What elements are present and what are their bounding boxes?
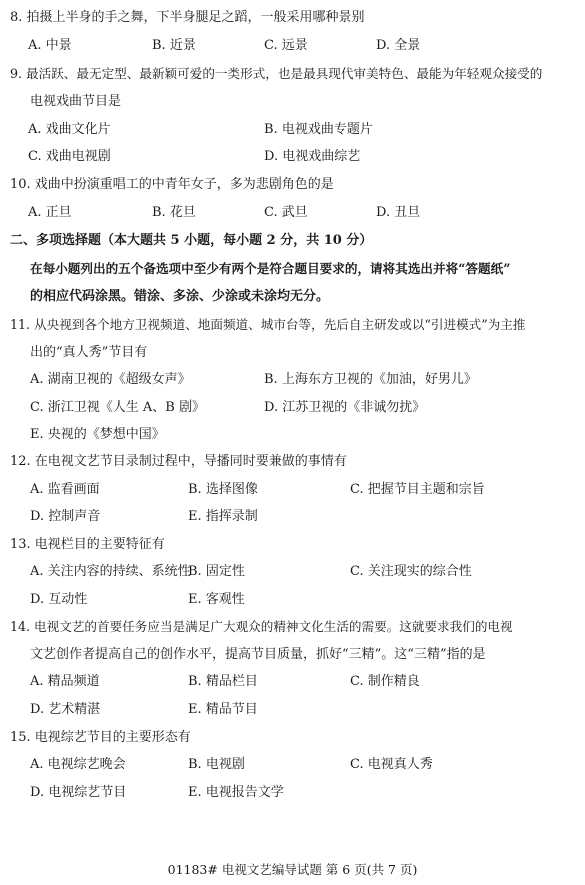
question-10-stem: 10. 戏曲中扮演重唱工的中青年女子，多为悲剧角色的是	[10, 177, 334, 193]
q11-option-d: D. 江苏卫视的《非诚勿扰》	[264, 400, 425, 416]
question-8-stem: 8. 拍摄上半身的手之舞，下半身腿足之蹈，一般采用哪种景别	[10, 10, 365, 26]
q12-option-e: E. 指挥录制	[188, 509, 258, 525]
q10-option-d: D. 丑旦	[376, 205, 420, 221]
q8-option-d: D. 全景	[376, 38, 420, 54]
q14-option-b: B. 精品栏目	[188, 674, 258, 690]
page-footer: 01183# 电视文艺编导试题 第 6 页(共 7 页)	[0, 860, 585, 878]
q14-option-d: D. 艺术精湛	[30, 702, 100, 718]
q11-option-e: E. 央视的《梦想中国》	[30, 427, 165, 443]
question-14-stem-line1: 14. 电视文艺的首要任务应当是满足广大观众的精神文化生活的需要。这就要求我们的…	[10, 619, 513, 635]
section-2-title: 二、多项选择题（本大题共 5 小题，每小题 2 分，共 10 分）	[10, 233, 372, 249]
q10-option-a: A. 正旦	[28, 205, 72, 221]
q9-option-b: B. 电视戏曲专题片	[264, 122, 373, 138]
question-12-stem: 12. 在电视文艺节目录制过程中，导播同时要兼做的事情有	[10, 454, 347, 470]
q13-option-e: E. 客观性	[188, 592, 245, 608]
q11-option-c: C. 浙江卫视《人生 A、B 剧》	[30, 400, 205, 416]
q15-option-b: B. 电视剧	[188, 757, 245, 773]
q12-option-c: C. 把握节目主题和宗旨	[350, 482, 485, 498]
q15-option-a: A. 电视综艺晚会	[30, 757, 126, 773]
q11-option-a: A. 湖南卫视的《超级女声》	[30, 372, 191, 388]
q9-option-d: D. 电视戏曲综艺	[264, 149, 360, 165]
q13-option-b: B. 固定性	[188, 564, 245, 580]
q8-option-a: A. 中景	[28, 38, 72, 54]
question-14-stem-line2: 文艺创作者提高自己的创作水平，提高节目质量，抓好“三精”。这“三精”指的是	[30, 647, 486, 663]
question-11-stem-line1: 11. 从央视到各个地方卫视频道、地面频道、城市台等，先后自主研发或以“引进模式…	[10, 317, 525, 333]
q13-option-d: D. 互动性	[30, 592, 87, 608]
question-11-stem-line2: 出的“真人秀”节目有	[30, 345, 147, 361]
q15-option-c: C. 电视真人秀	[350, 757, 433, 773]
q9-option-c: C. 戏曲电视剧	[28, 149, 111, 165]
q10-option-c: C. 武旦	[264, 205, 308, 221]
question-13-stem: 13. 电视栏目的主要特征有	[10, 537, 165, 553]
section-2-instruction-line1: 在每小题列出的五个备选项中至少有两个是符合题目要求的，请将其选出并将“答题纸”	[30, 261, 510, 277]
q14-option-e: E. 精品节目	[188, 702, 258, 718]
question-9-stem-line2: 电视戏曲节目是	[30, 94, 121, 110]
q15-option-d: D. 电视综艺节目	[30, 785, 126, 801]
q11-option-b: B. 上海东方卫视的《加油，好男儿》	[264, 372, 477, 388]
question-9-stem-line1: 9. 最活跃、最无定型、最新颖可爱的一类形式，也是最具现代审美特色、最能为年轻观…	[10, 66, 542, 82]
q13-option-c: C. 关注现实的综合性	[350, 564, 472, 580]
q14-option-c: C. 制作精良	[350, 674, 420, 690]
q8-option-b: B. 近景	[152, 38, 196, 54]
section-2-instruction-line2: 的相应代码涂黑。错涂、多涂、少涂或未涂均无分。	[30, 289, 329, 305]
q13-option-a: A. 关注内容的持续、系统性	[30, 564, 191, 580]
question-15-stem: 15. 电视综艺节目的主要形态有	[10, 730, 191, 746]
q8-option-c: C. 远景	[264, 38, 308, 54]
q15-option-e: E. 电视报告文学	[188, 785, 284, 801]
q12-option-a: A. 监看画面	[30, 482, 100, 498]
q10-option-b: B. 花旦	[152, 205, 196, 221]
q12-option-b: B. 选择图像	[188, 482, 258, 498]
q9-option-a: A. 戏曲文化片	[28, 122, 111, 138]
q12-option-d: D. 控制声音	[30, 509, 100, 525]
q14-option-a: A. 精品频道	[30, 674, 100, 690]
